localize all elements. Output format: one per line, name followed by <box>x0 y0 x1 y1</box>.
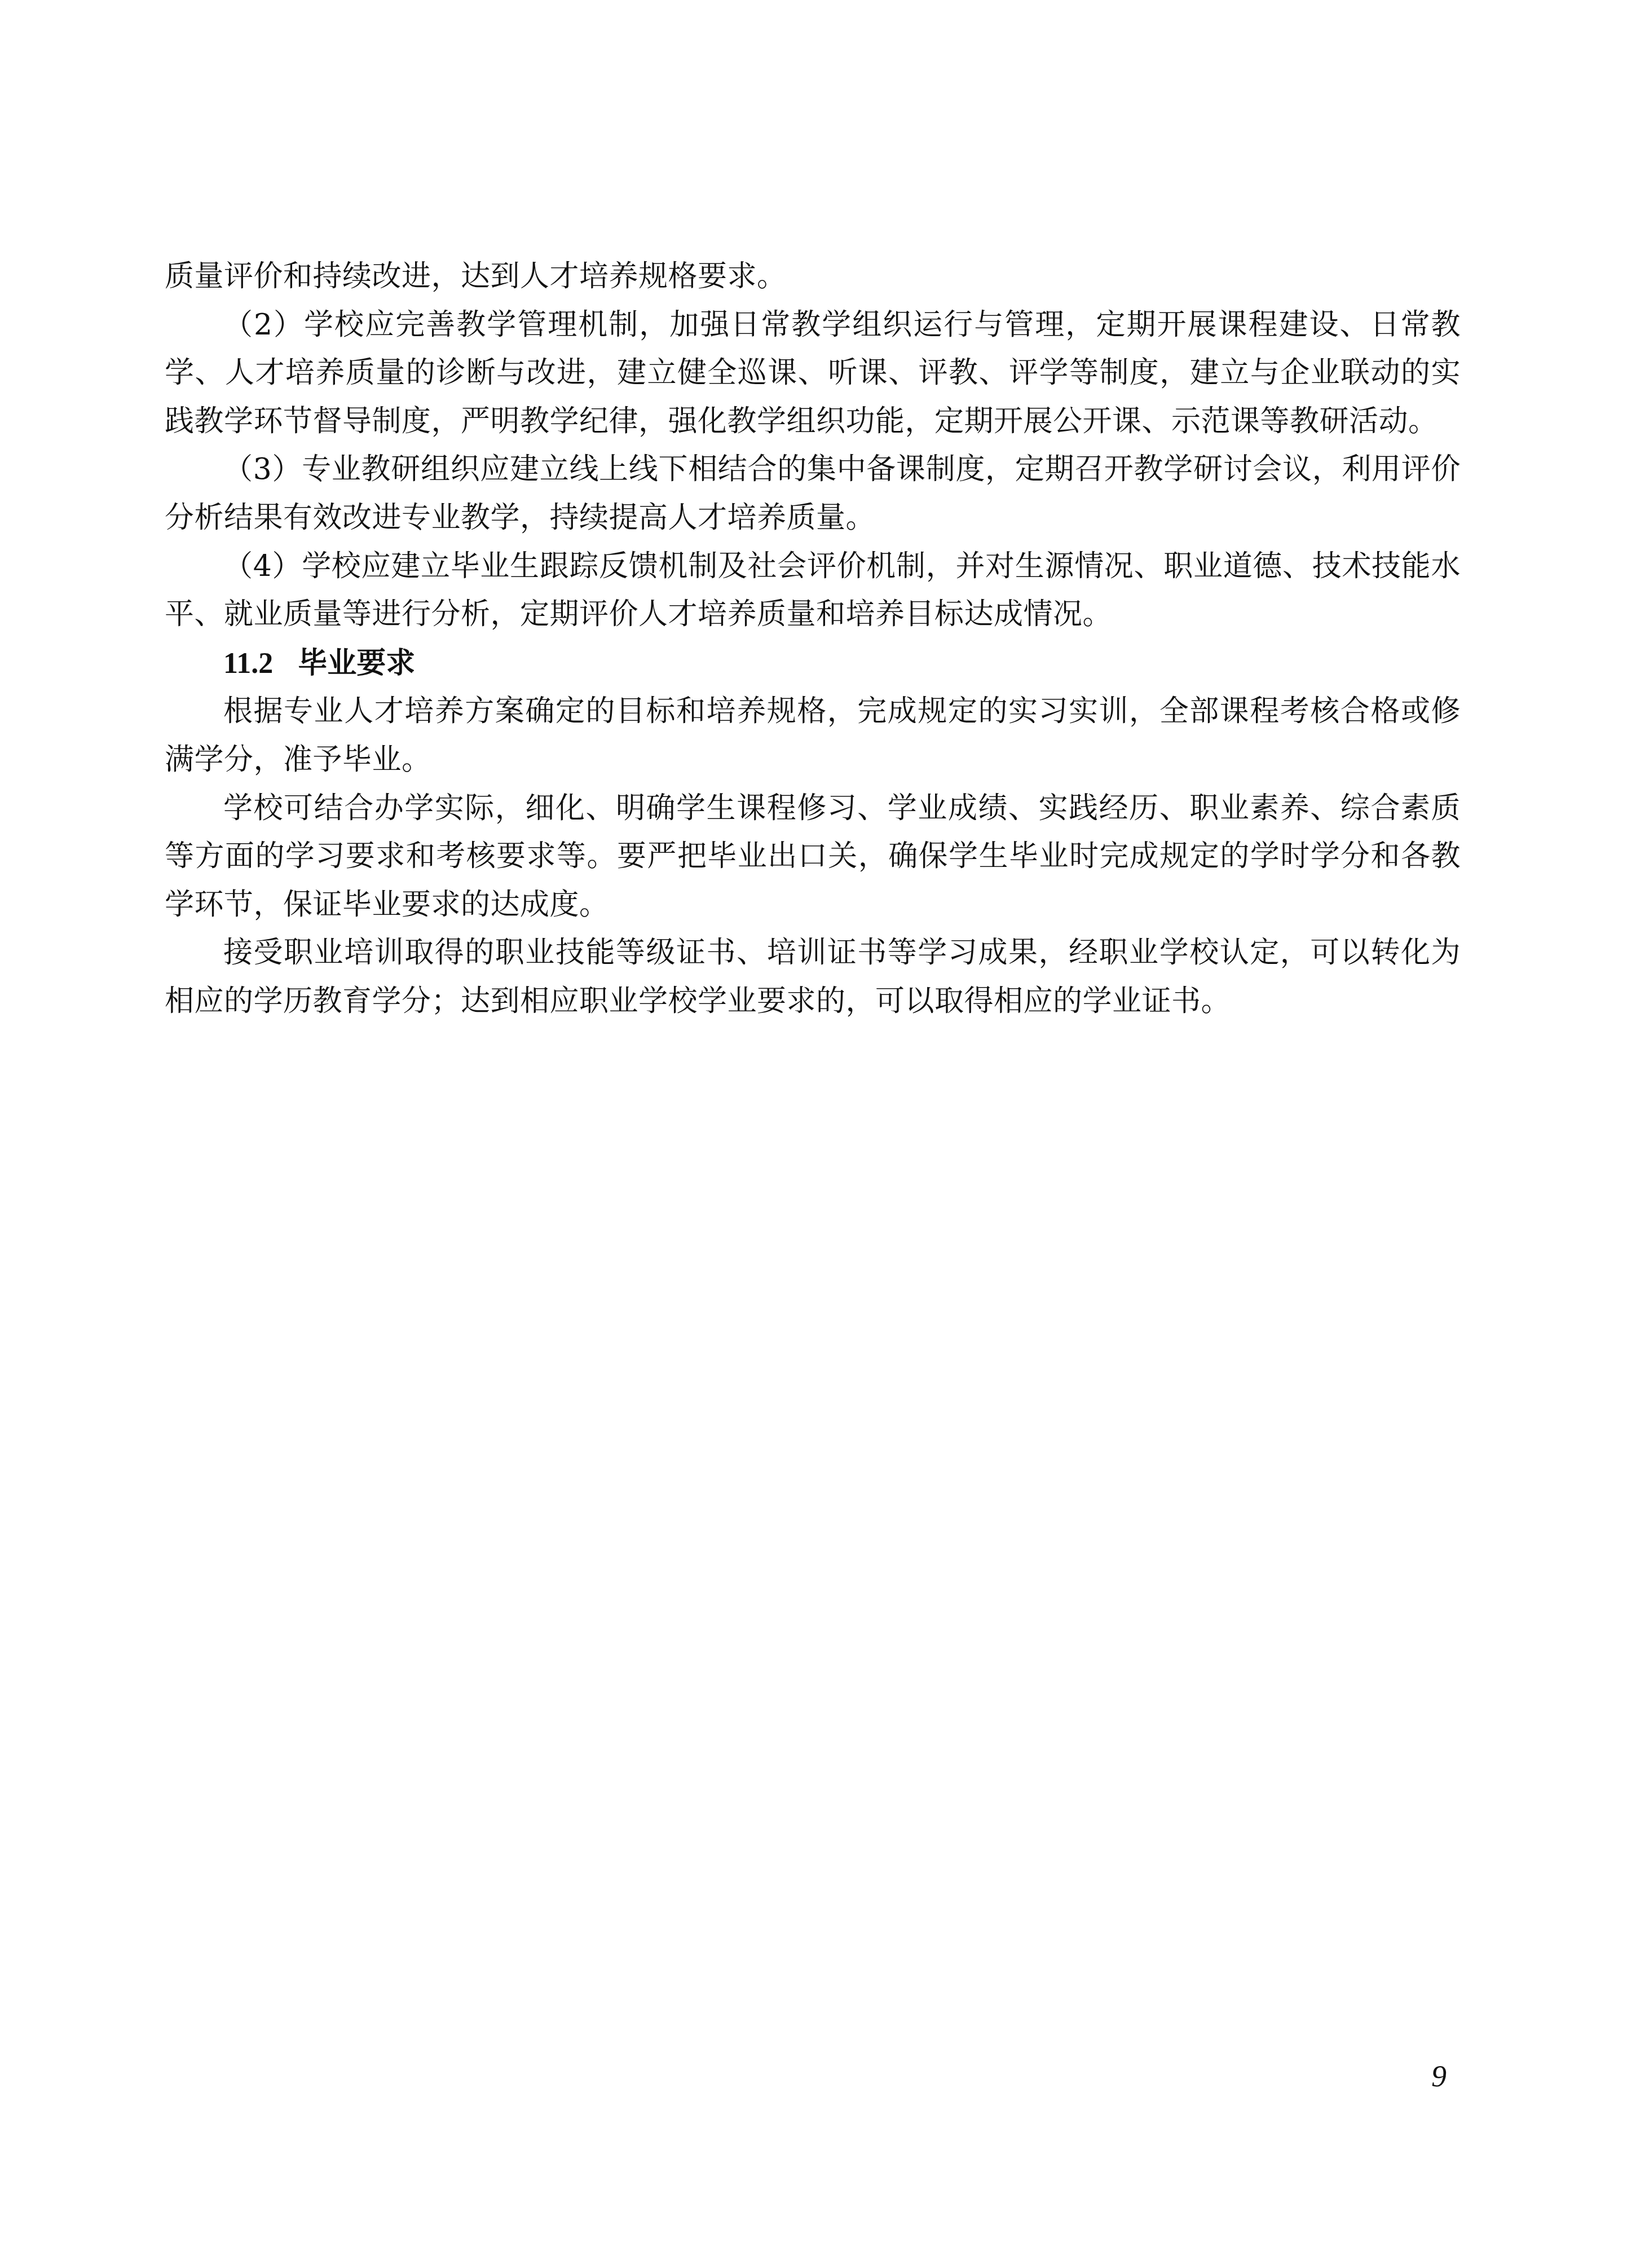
section-heading: 11.2毕业要求 <box>165 639 1461 688</box>
paragraph-item-3: （3）专业教研组织应建立线上线下相结合的集中备课制度，定期召开教学研讨会议，利用… <box>165 446 1461 542</box>
section-number: 11.2 <box>223 648 273 680</box>
paragraph-item-2: （2）学校应完善教学管理机制，加强日常教学组织运行与管理，定期开展课程建设、日常… <box>165 301 1461 446</box>
section-title: 毕业要求 <box>298 646 415 680</box>
page-body: 质量评价和持续改进，达到人才培养规格要求。 （2）学校应完善教学管理机制，加强日… <box>165 253 1461 1026</box>
paragraph-item-4: （4）学校应建立毕业生跟踪反馈机制及社会评价机制，并对生源情况、职业道德、技术技… <box>165 543 1461 639</box>
paragraph-school-requirements: 学校可结合办学实际，细化、明确学生课程修习、学业成绩、实践经历、职业素养、综合素… <box>165 785 1461 930</box>
paragraph-graduation-criteria: 根据专业人才培养方案确定的目标和培养规格，完成规定的实习实训，全部课程考核合格或… <box>165 688 1461 784</box>
paragraph-credit-transfer: 接受职业培训取得的职业技能等级证书、培训证书等学习成果，经职业学校认定，可以转化… <box>165 929 1461 1025</box>
page-number: 9 <box>1431 2059 1447 2094</box>
paragraph-continuation: 质量评价和持续改进，达到人才培养规格要求。 <box>165 253 1461 301</box>
